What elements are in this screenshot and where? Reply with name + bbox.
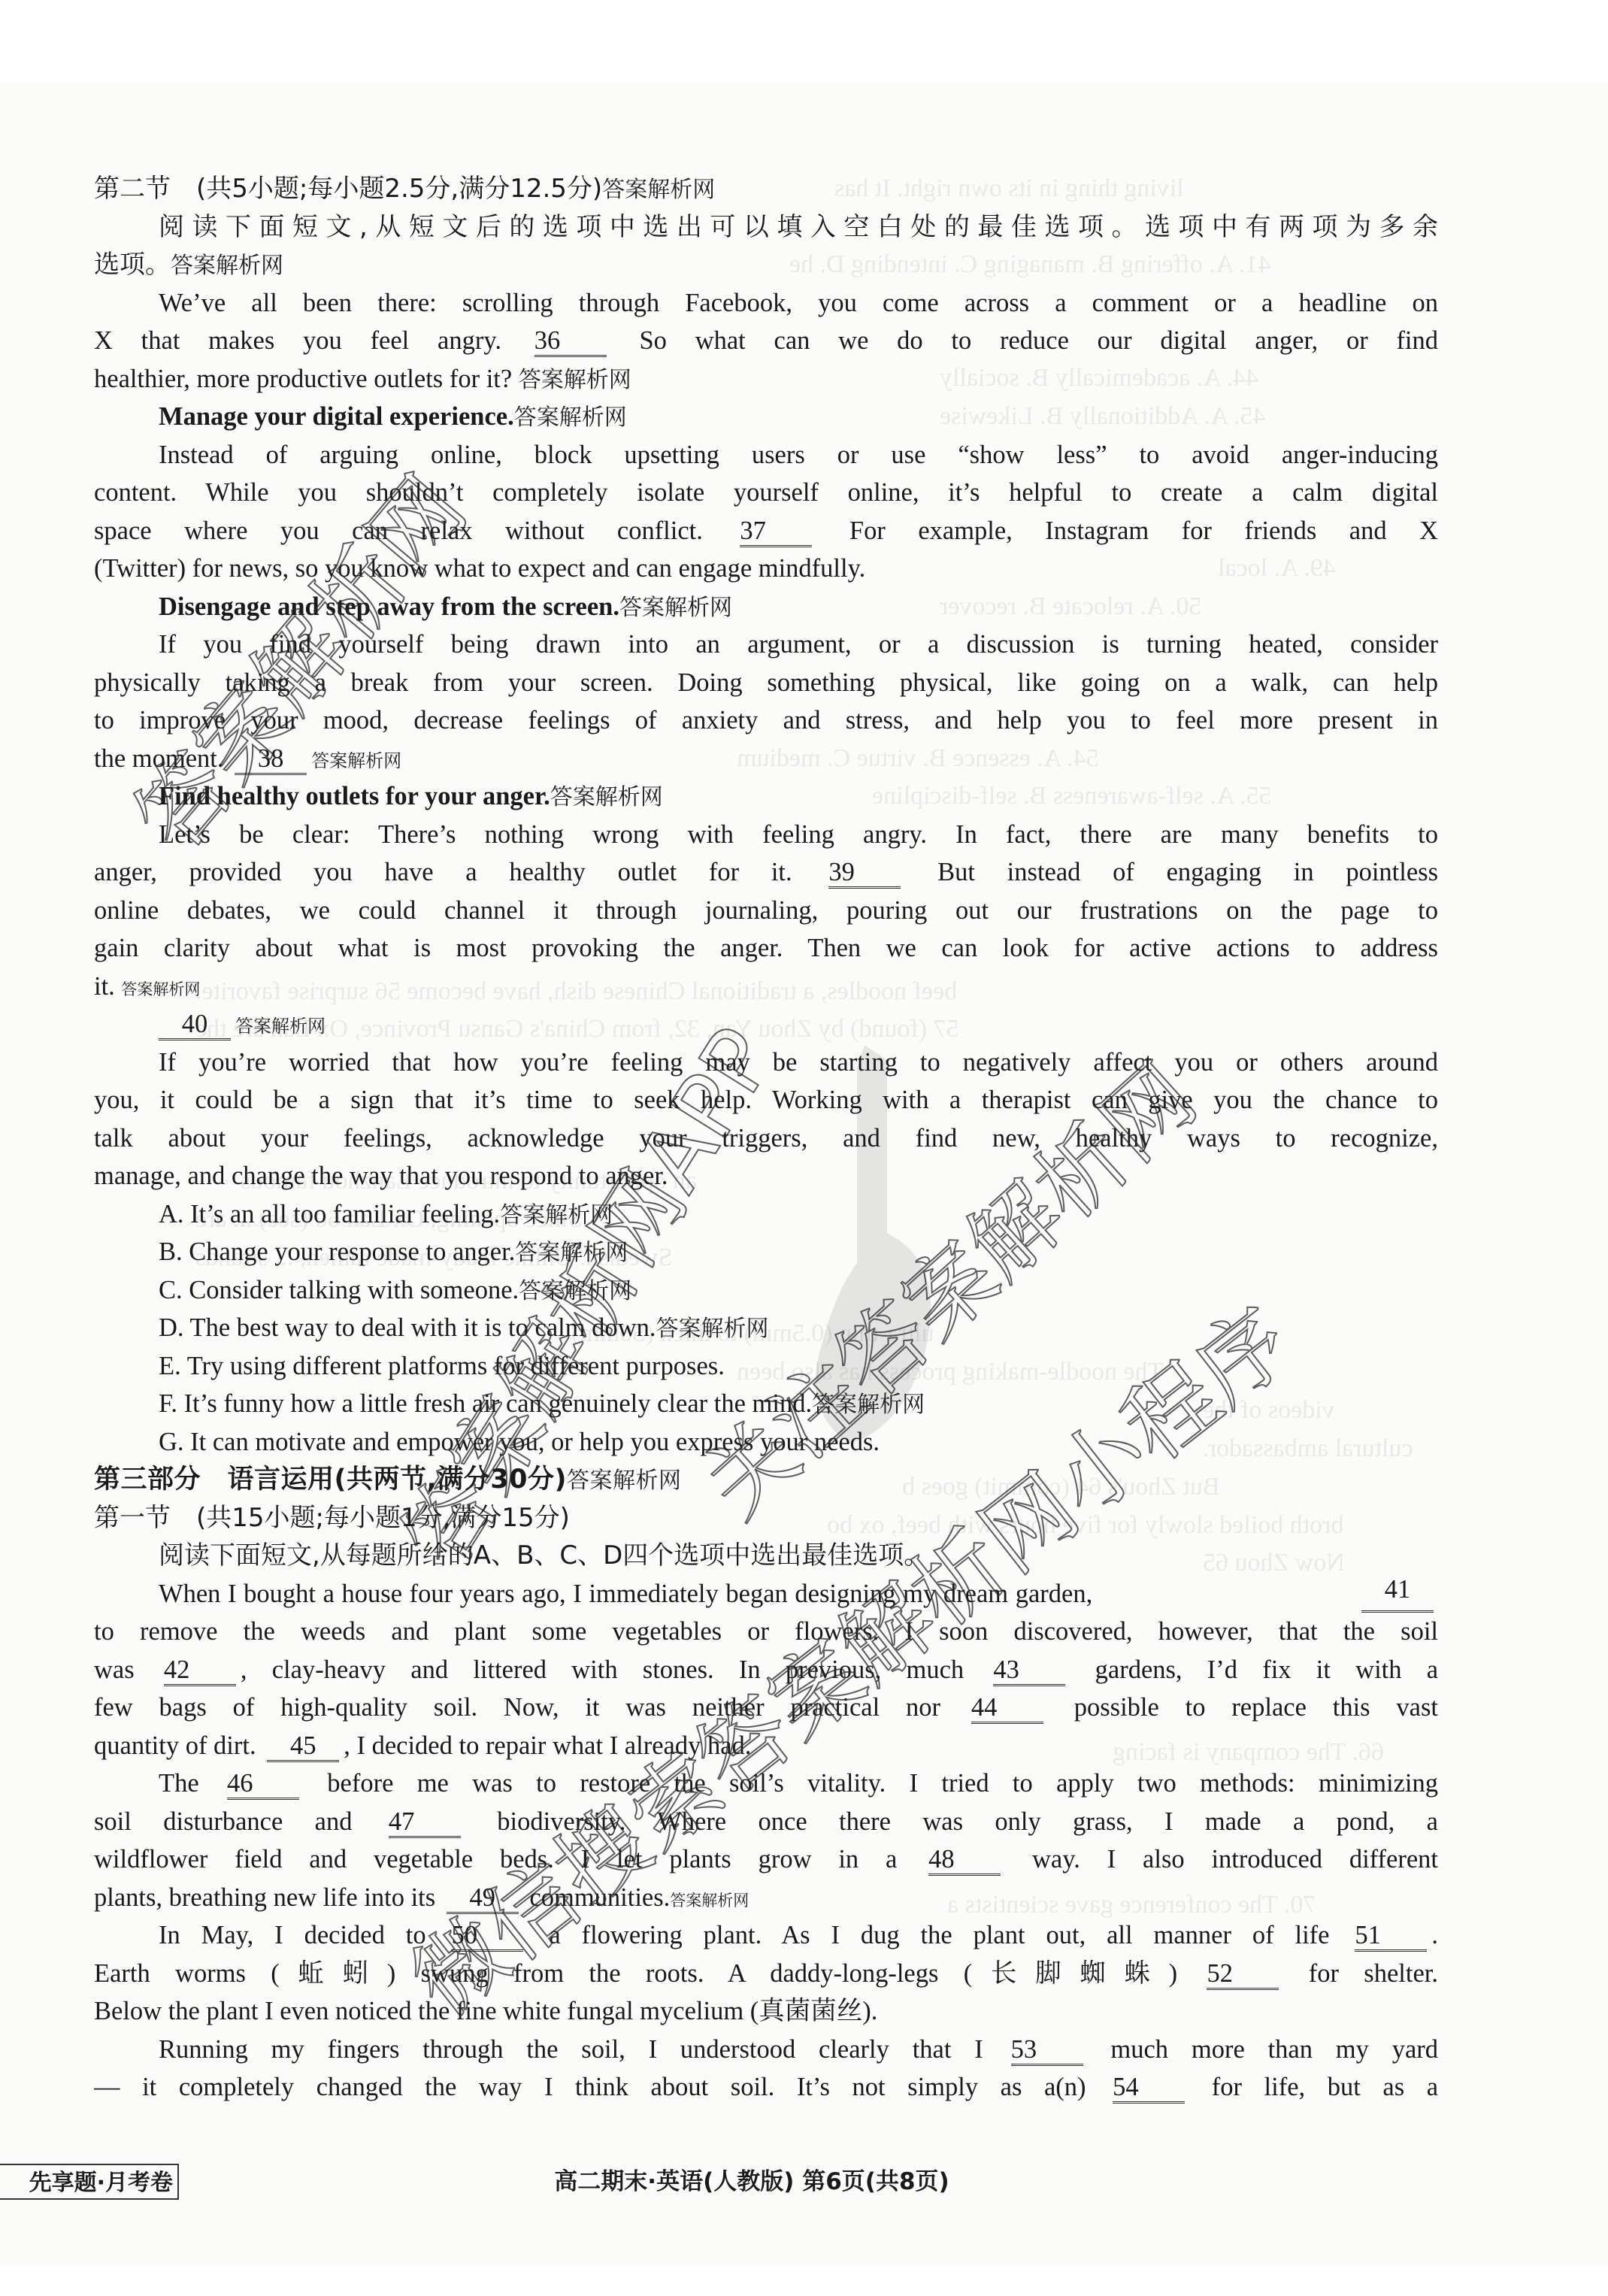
passage-line: If you’re worried that how you’re feelin… <box>94 1043 1438 1082</box>
option-text: C. Consider talking with someone. <box>159 1276 519 1304</box>
text: gardens, I’d fix it with a <box>1095 1655 1438 1684</box>
inline-watermark: 答案解析网 <box>514 404 627 431</box>
text: biodiversity. Where once there was only … <box>497 1807 1438 1836</box>
cloze-line: to remove the weeds and plant some veget… <box>94 1613 1438 1651</box>
inline-watermark: 答案解析网 <box>235 1016 326 1037</box>
passage-line: gain clarity about what is most provokin… <box>94 929 1438 968</box>
passage-line: healthier, more productive outlets for i… <box>94 360 1438 398</box>
text: Running my fingers through the soil, I u… <box>159 2035 983 2064</box>
instruction-text: 选项。 <box>94 250 171 280</box>
cloze-line: The 46 before me was to restore the soil… <box>94 1764 1438 1803</box>
inline-watermark: 答案解析网 <box>619 595 732 621</box>
inline-watermark: 答案解析网 <box>550 784 663 810</box>
text: much more than my yard <box>1110 2035 1438 2064</box>
passage-line: manage, and change the way that you resp… <box>94 1157 1438 1195</box>
text: In May, I decided to <box>159 1921 426 1949</box>
text: wildflower field and vegetable beds. I l… <box>94 1845 897 1873</box>
footer-page-info: 高二期末·英语(人教版) 第6页(共8页) <box>481 2165 1022 2198</box>
blank-52[interactable]: 52 <box>1207 1959 1279 1990</box>
text: talk about your feelings, acknowledge yo… <box>94 1124 1438 1153</box>
text: the moment. <box>94 744 223 773</box>
text: for shelter. <box>1309 1959 1438 1988</box>
text: quantity of dirt. <box>94 1731 256 1760</box>
blank-39[interactable]: 39 <box>828 858 901 889</box>
passage-line: Let’s be clear: There’s nothing wrong wi… <box>94 816 1438 854</box>
inline-watermark: 答案解析网 <box>171 253 283 279</box>
passage-line: the moment. 38答案解析网 <box>94 740 1438 778</box>
part3-section1-heading: 第一节 (共15小题;每小题1分,满分15分) <box>94 1499 1438 1537</box>
text: Let’s be clear: There’s nothing wrong wi… <box>159 820 1438 849</box>
blank-48[interactable]: 48 <box>928 1845 1001 1876</box>
passage-line: We’ve all been there: scrolling through … <box>94 284 1438 323</box>
blank-45[interactable]: 45 <box>267 1731 339 1762</box>
option-text: F. It’s funny how a little fresh air can… <box>159 1389 812 1418</box>
passage-line: physically taking a break from your scre… <box>94 664 1438 702</box>
footer-badge-text: 先享题·月考卷 <box>29 2170 173 2196</box>
text: a flowering plant. As I dug the plant ou… <box>549 1921 1329 1949</box>
passage-line: anger, provided you have a healthy outle… <box>94 853 1438 892</box>
passage-line: If you find yourself being drawn into an… <box>94 625 1438 664</box>
part3-heading: 第三部分 语言运用(共两节,满分30分)答案解析网 <box>94 1461 1438 1499</box>
cloze-line: wildflower field and vegetable beds. I l… <box>94 1840 1438 1879</box>
text: it. <box>94 972 115 1001</box>
text: . <box>1431 1921 1438 1949</box>
text: online debates, we could channel it thro… <box>94 896 1438 925</box>
passage-line: it. 答案解析网 <box>94 968 1438 1006</box>
blank-37[interactable]: 37 <box>740 516 812 547</box>
cloze-line: When I bought a house four years ago, I … <box>94 1575 1438 1613</box>
text: you, it could be a sign that it’s time t… <box>94 1086 1438 1114</box>
text: for life, but as a <box>1212 2073 1438 2101</box>
option-text: G. It can motivate and empower you, or h… <box>159 1428 880 1456</box>
text: before me was to restore the soil’s vita… <box>327 1769 1438 1798</box>
option-text: B. Change your response to anger. <box>159 1237 515 1266</box>
cloze-line: few bags of high-quality soil. Now, it w… <box>94 1689 1438 1727</box>
subheading-disengage: Disengage and step away from the screen.… <box>94 588 1438 626</box>
inline-watermark: 答案解析网 <box>121 980 200 998</box>
cloze-line: quantity of dirt. 45, I decided to repai… <box>94 1727 1438 1765</box>
inline-watermark: 答案解析网 <box>500 1202 613 1228</box>
text: , clay-heavy and littered with stones. I… <box>241 1655 964 1684</box>
passage-line: (Twitter) for news, so you know what to … <box>94 550 1438 588</box>
page-content: 第二节 (共5小题;每小题2.5分,满分12.5分)答案解析网 阅读下面短文,从… <box>94 170 1438 2107</box>
text: If you’re worried that how you’re feelin… <box>159 1048 1438 1077</box>
text: to improve your mood, decrease feelings … <box>94 706 1438 735</box>
text: X that makes you feel angry. <box>94 326 501 355</box>
option-c[interactable]: C. Consider talking with someone.答案解析网 <box>94 1271 1438 1310</box>
text: healthier, more productive outlets for i… <box>94 365 512 393</box>
text: , I decided to repair what I already had… <box>344 1731 751 1760</box>
text: — it completely changed the way I think … <box>94 2073 1086 2101</box>
text: (Twitter) for news, so you know what to … <box>94 554 865 583</box>
section-title: 第一节 (共15小题;每小题1分,满分15分) <box>94 1503 570 1533</box>
subheading-text: Disengage and step away from the screen. <box>159 592 619 621</box>
instruction-cont: 选项。答案解析网 <box>94 246 1438 284</box>
subheading-manage: Manage your digital experience.答案解析网 <box>94 398 1438 436</box>
text: anger, provided you have a healthy outle… <box>94 858 792 886</box>
part3-instruction: 阅读下面短文,从每题所给的A、B、C、D四个选项中选出最佳选项。 <box>94 1537 1438 1575</box>
passage-line: 40答案解析网 <box>94 1005 1438 1043</box>
text: So what can we do to reduce our digital … <box>640 326 1439 355</box>
passage-line: Instead of arguing online, block upsetti… <box>94 436 1438 474</box>
inline-watermark: 答案解析网 <box>656 1316 768 1342</box>
cloze-line: In May, I decided to 50 a flowering plan… <box>94 1916 1438 1955</box>
option-f[interactable]: F. It’s funny how a little fresh air can… <box>94 1385 1438 1423</box>
cloze-line: Running my fingers through the soil, I u… <box>94 2031 1438 2069</box>
text: gain clarity about what is most provokin… <box>94 934 1438 962</box>
option-b[interactable]: B. Change your response to anger.答案解析网 <box>94 1233 1438 1271</box>
passage-line: content. While you shouldn’t completely … <box>94 474 1438 512</box>
section-title: 第二节 (共5小题;每小题2.5分,满分12.5分) <box>94 174 602 204</box>
blank-42[interactable]: 42 <box>164 1655 236 1686</box>
text: We’ve all been there: scrolling through … <box>159 289 1438 317</box>
text: But instead of engaging in pointless <box>937 858 1438 886</box>
blank-46[interactable]: 46 <box>227 1769 299 1800</box>
passage-line: space where you can relax without confli… <box>94 512 1438 550</box>
passage-line: X that makes you feel angry. 36 So what … <box>94 322 1438 360</box>
text: For example, Instagram for friends and X <box>849 516 1438 545</box>
footer-badge: 先享题·月考卷 <box>0 2164 179 2200</box>
text: If you find yourself being drawn into an… <box>159 630 1438 659</box>
blank-36[interactable]: 36 <box>534 326 607 357</box>
section-heading: 第二节 (共5小题;每小题2.5分,满分12.5分)答案解析网 <box>94 170 1438 208</box>
cloze-line: plants, breathing new life into its 49 c… <box>94 1879 1438 1917</box>
inline-watermark: 答案解析网 <box>515 1240 628 1266</box>
instruction: 阅读下面短文,从短文后的选项中选出可以填入空白处的最佳选项。选项中有两项为多余 <box>94 208 1438 247</box>
inline-watermark: 答案解析网 <box>311 750 401 771</box>
text: possible to replace this vast <box>1074 1693 1438 1722</box>
text: manage, and change the way that you resp… <box>94 1162 668 1190</box>
text: Below the plant I even noticed the fine … <box>94 1997 877 2025</box>
cloze-line: — it completely changed the way I think … <box>94 2068 1438 2107</box>
option-a[interactable]: A. It’s an all too familiar feeling.答案解析… <box>94 1195 1438 1234</box>
inline-watermark: 答案解析网 <box>602 177 715 203</box>
text: physically taking a break from your scre… <box>94 668 1438 697</box>
instruction-text: 阅读下面短文,从每题所给的A、B、C、D四个选项中选出最佳选项。 <box>159 1540 929 1571</box>
inline-watermark: 答案解析网 <box>519 1278 631 1304</box>
text: space where you can relax without confli… <box>94 516 703 545</box>
text: was <box>94 1655 135 1684</box>
blank-49[interactable]: 49 <box>447 1883 519 1914</box>
text: Earth worms (蚯蚓) swung from the roots. A… <box>94 1959 1177 1988</box>
text: plants, breathing new life into its <box>94 1883 435 1912</box>
inline-watermark: 答案解析网 <box>812 1392 925 1418</box>
blank-54[interactable]: 54 <box>1113 2073 1185 2104</box>
cloze-line: Below the plant I even noticed the fine … <box>94 1992 1438 2031</box>
blank-50[interactable]: 50 <box>451 1921 523 1952</box>
option-e[interactable]: E. Try using different platforms for dif… <box>94 1347 1438 1386</box>
blank-51[interactable]: 51 <box>1355 1921 1427 1952</box>
blank-40[interactable]: 40 <box>159 1010 231 1040</box>
text: to remove the weeds and plant some veget… <box>94 1617 1438 1646</box>
text: soil disturbance and <box>94 1807 352 1836</box>
cloze-line: was 42, clay-heavy and littered with sto… <box>94 1651 1438 1689</box>
option-d[interactable]: D. The best way to deal with it is to ca… <box>94 1309 1438 1347</box>
cloze-line: Earth worms (蚯蚓) swung from the roots. A… <box>94 1955 1438 1993</box>
footer-text: 高二期末·英语(人教版) 第6页(共8页) <box>554 2168 949 2195</box>
subheading-find-outlets: Find healthy outlets for your anger.答案解析… <box>94 777 1438 816</box>
inline-watermark: 答案解析网 <box>567 1468 682 1494</box>
passage-line: talk about your feelings, acknowledge yo… <box>94 1119 1438 1158</box>
subheading-text: Manage your digital experience. <box>159 402 514 431</box>
option-g[interactable]: G. It can motivate and empower you, or h… <box>94 1423 1438 1462</box>
passage-line: to improve your mood, decrease feelings … <box>94 701 1438 740</box>
blank-44[interactable]: 44 <box>971 1693 1043 1724</box>
text: few bags of high-quality soil. Now, it w… <box>94 1693 940 1722</box>
text: way. I also introduced different <box>1032 1845 1438 1873</box>
option-text: E. Try using different platforms for dif… <box>159 1352 725 1380</box>
text: Instead of arguing online, block upsetti… <box>159 441 1438 469</box>
blank-53[interactable]: 53 <box>1011 2035 1083 2066</box>
text: When I bought a house four years ago, I … <box>159 1575 1092 1613</box>
subheading-text: Find healthy outlets for your anger. <box>159 782 550 810</box>
part-title: 第三部分 语言运用(共两节,满分30分) <box>94 1465 567 1495</box>
option-text: A. It’s an all too familiar feeling. <box>159 1200 500 1228</box>
text: content. While you shouldn’t completely … <box>94 478 1438 507</box>
inline-watermark: 答案解析网 <box>670 1892 749 1910</box>
instruction-text: 阅读下面短文,从短文后的选项中选出可以填入空白处的最佳选项。选项中有两项为多余 <box>159 212 1438 242</box>
cloze-line: soil disturbance and 47 biodiversity. Wh… <box>94 1803 1438 1841</box>
blank-41[interactable]: 41 <box>1361 1575 1434 1613</box>
option-text: D. The best way to deal with it is to ca… <box>159 1313 656 1342</box>
blank-38[interactable]: 38 <box>235 744 307 775</box>
blank-43[interactable]: 43 <box>993 1655 1065 1686</box>
inline-watermark: 答案解析网 <box>519 367 631 393</box>
passage-line: online debates, we could channel it thro… <box>94 892 1438 930</box>
text: communities. <box>529 1883 670 1912</box>
blank-47[interactable]: 47 <box>389 1807 461 1838</box>
text: The <box>159 1769 199 1798</box>
passage-line: you, it could be a sign that it’s time t… <box>94 1081 1438 1119</box>
